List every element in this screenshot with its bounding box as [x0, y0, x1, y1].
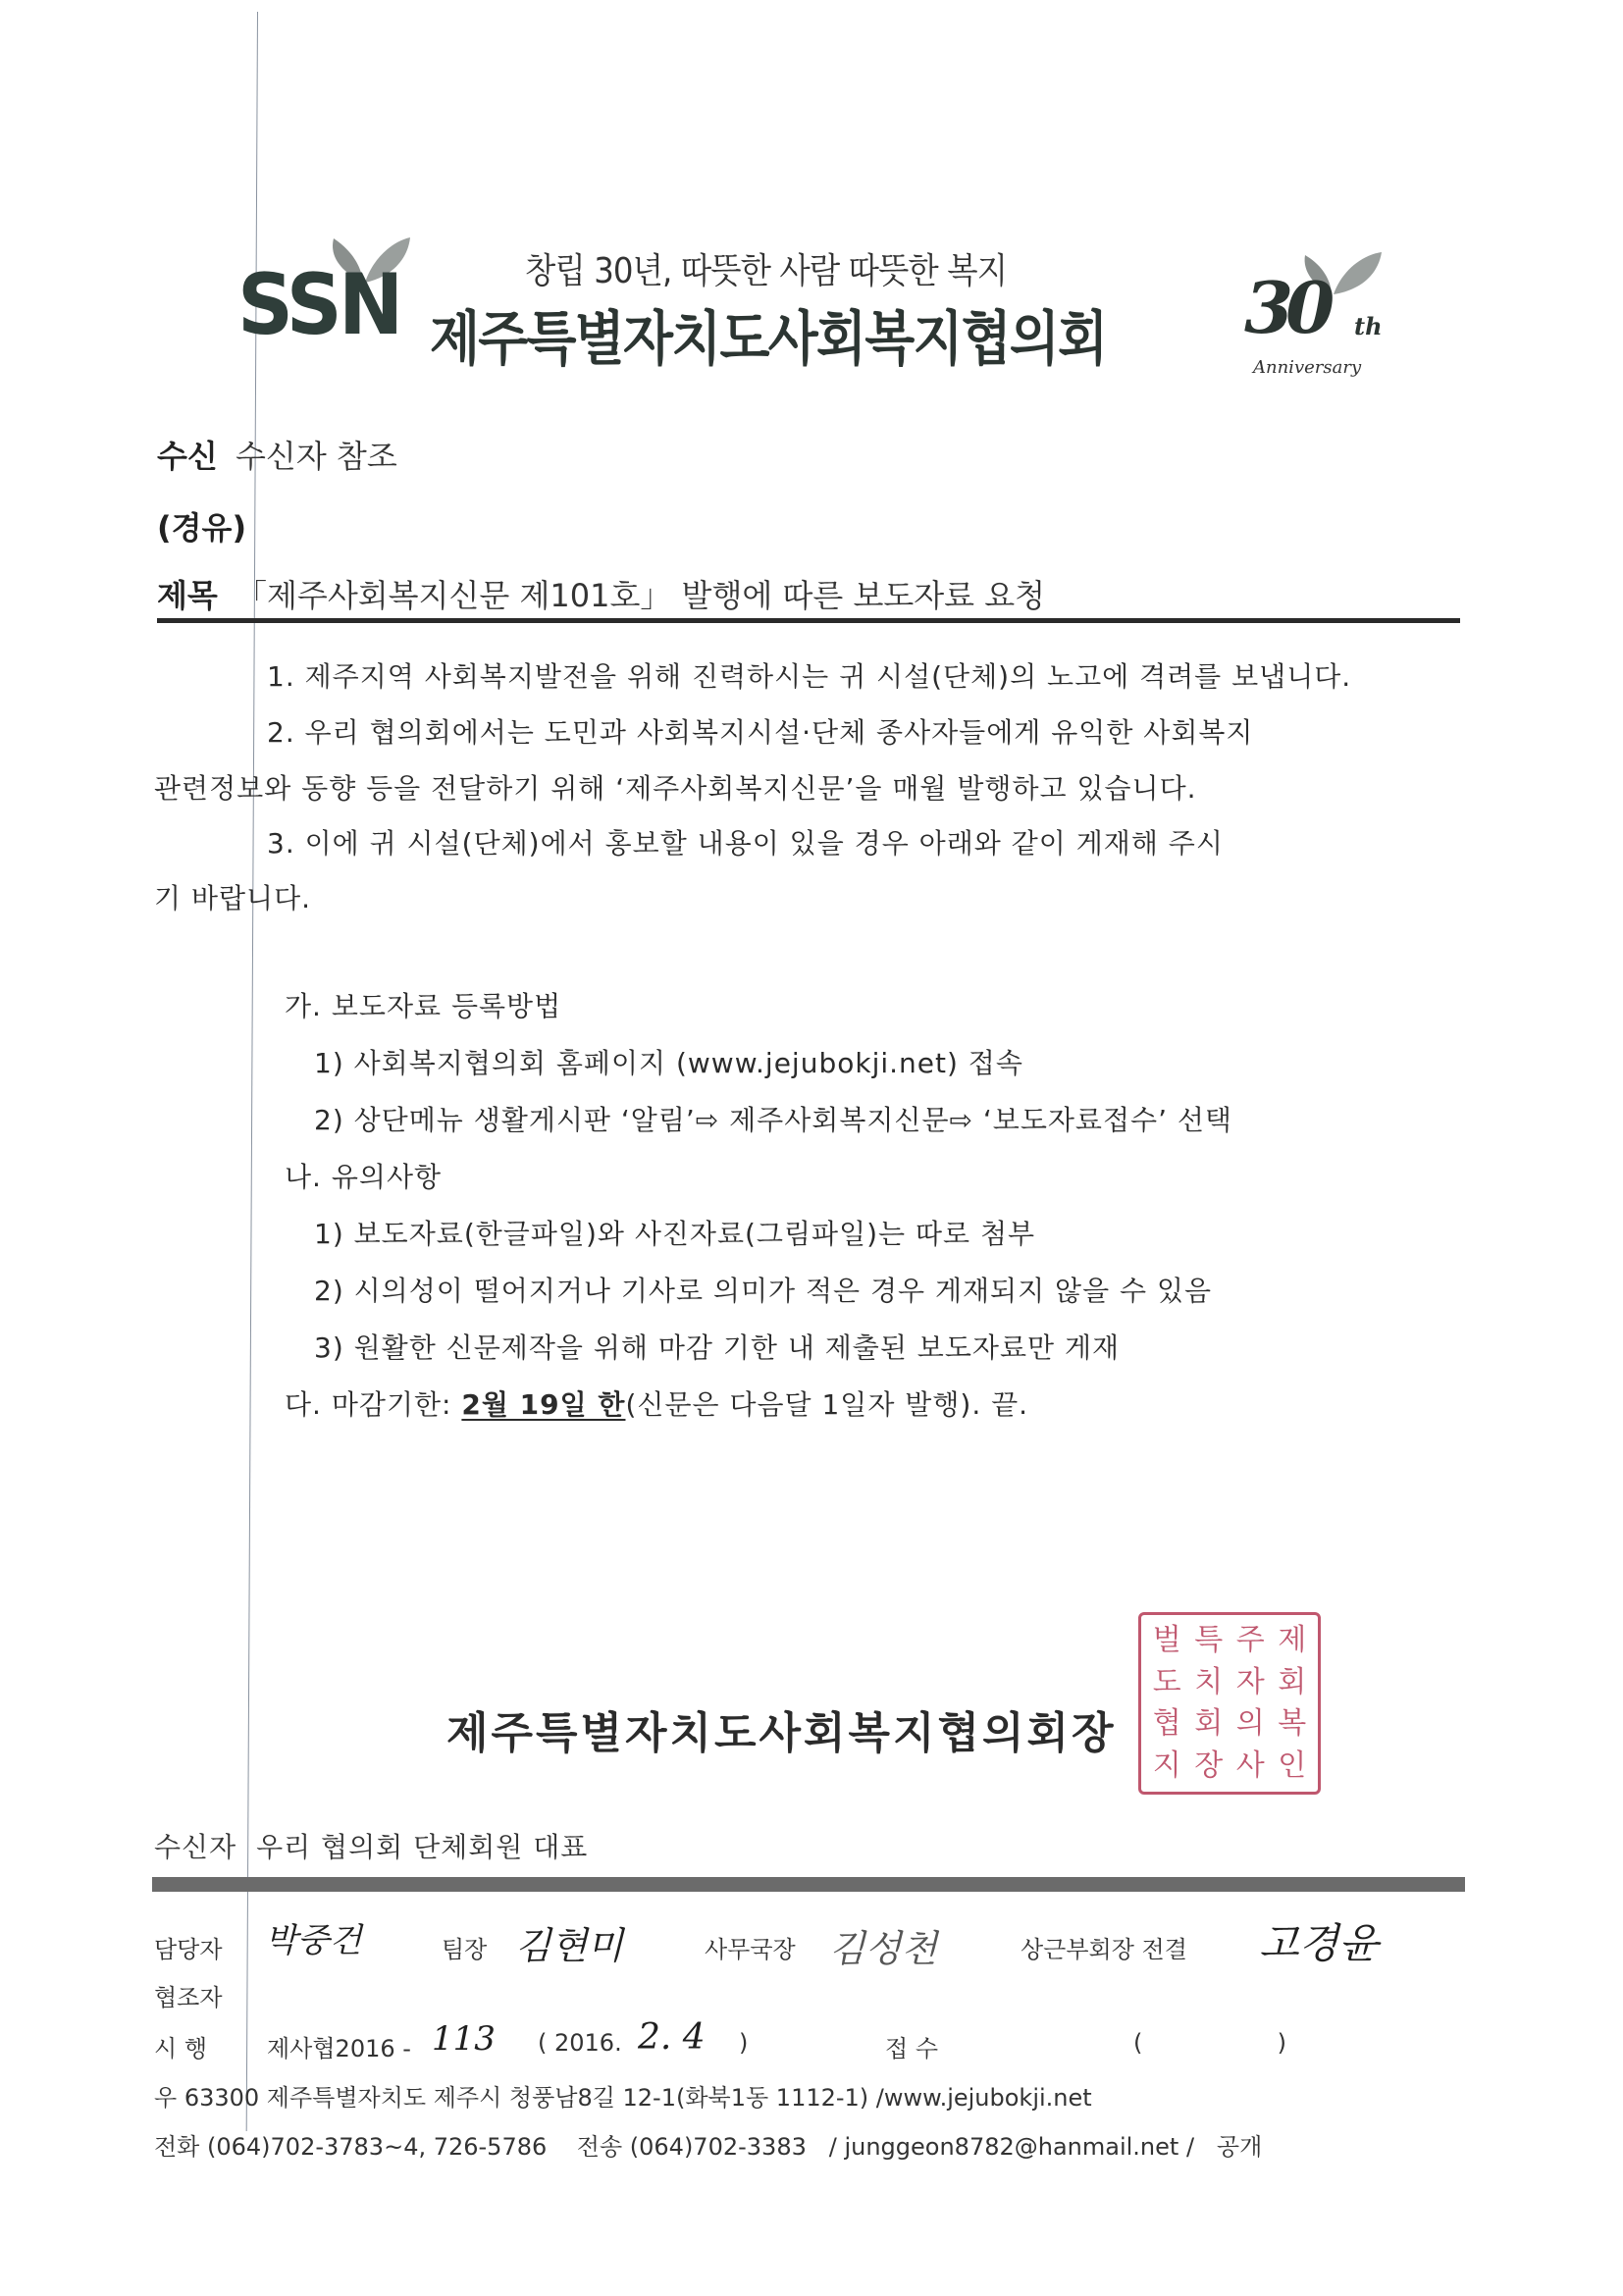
- logo-ssn: SSN: [237, 263, 400, 347]
- section-b-item-3: 3) 원활한 신문제작을 위해 마감 기한 내 제출된 보도자료만 게재: [314, 1327, 1120, 1366]
- recipients-label: 수신자: [154, 1831, 236, 1863]
- cooperator-label: 협조자: [154, 1978, 223, 2012]
- subject-value: 「제주사회복지신문 제101호」 발행에 따른 보도자료 요청: [236, 577, 1045, 614]
- anniversary-number: 30: [1244, 273, 1327, 343]
- issuer-title: 제주특별자치도사회복지협의회장: [446, 1697, 1117, 1760]
- doc-number-handwritten: 113: [432, 2019, 496, 2059]
- seal-char: 협: [1147, 1704, 1187, 1745]
- receipt-label: 접 수: [885, 2029, 938, 2063]
- seal-char: 특: [1189, 1621, 1230, 1661]
- header-rule: [157, 618, 1460, 623]
- subject-row: 제목 「제주사회복지신문 제101호」 발행에 따른 보도자료 요청: [157, 571, 1045, 616]
- deadline-prefix: 다. 마감기한:: [285, 1388, 461, 1421]
- recipients-line: 수신자 우리 협의회 단체회원 대표: [154, 1826, 588, 1865]
- approval-signature-2: 김현미: [515, 1915, 623, 1969]
- seal-char: 자: [1230, 1663, 1271, 1703]
- section-b-title: 나. 유의사항: [285, 1156, 442, 1195]
- via-label: (경유): [157, 509, 246, 547]
- section-a-title: 가. 보도자료 등록방법: [285, 985, 561, 1024]
- deadline-suffix: (신문은 다음달 1일자 발행). 끝.: [625, 1388, 1028, 1421]
- seal-char: 장: [1189, 1747, 1230, 1787]
- seal-char: 의: [1230, 1704, 1271, 1745]
- doc-date-suffix: ): [739, 2029, 748, 2057]
- paragraph-2-line-1: 2. 우리 협의회에서는 도민과 사회복지시설·단체 종사자들에게 유익한 사회…: [267, 711, 1464, 751]
- receipt-value: ( ): [1133, 2029, 1286, 2057]
- approval-role-3: 사무국장: [705, 1930, 796, 1964]
- section-b-item-2: 2) 시의성이 떨어지거나 기사로 의미가 적은 경우 게재되지 않을 수 있음: [314, 1270, 1212, 1309]
- doc-date-prefix: ( 2016.: [538, 2029, 622, 2057]
- approval-role-1: 담당자: [154, 1930, 223, 1964]
- slogan: 창립 30년, 따뜻한 사람 따뜻한 복지: [525, 243, 1007, 293]
- anniversary-label: Anniversary: [1253, 357, 1361, 378]
- approval-role-4: 상근부회장 전결: [1021, 1930, 1187, 1964]
- seal-char: 지: [1147, 1747, 1187, 1787]
- deadline-date: 2월 19일 한: [461, 1388, 625, 1421]
- paragraph-3-line-2: 기 바랍니다.: [154, 877, 311, 916]
- section-a-item-1: 1) 사회복지협의회 홈페이지 (www.jejubokji.net) 접속: [314, 1042, 1023, 1081]
- seal-char: 도: [1147, 1663, 1187, 1703]
- paragraph-1: 1. 제주지역 사회복지발전을 위해 진력하시는 귀 시설(단체)의 노고에 격…: [267, 655, 1464, 695]
- seal-char: 제: [1273, 1621, 1313, 1661]
- seal-char: 인: [1273, 1747, 1313, 1787]
- section-c-deadline: 다. 마감기한: 2월 19일 한(신문은 다음달 1일자 발행). 끝.: [285, 1383, 1028, 1423]
- organization-title: 제주특별자치도사회복지협의회: [430, 292, 1106, 377]
- contact-line: 전화 (064)702-3783~4, 726-5786 전송 (064)702…: [154, 2127, 1262, 2162]
- address-line: 우 63300 제주특별자치도 제주시 청풍남8길 12-1(화북1동 1112…: [154, 2078, 1092, 2113]
- approval-signature-3: 김성천: [829, 1918, 937, 1972]
- subject-label: 제목: [157, 577, 218, 614]
- approval-signature-4: 고경윤: [1259, 1911, 1379, 1970]
- recipient-value: 수신자 참조: [236, 438, 397, 475]
- seal-char: 회: [1273, 1663, 1313, 1703]
- seal-char: 복: [1273, 1704, 1313, 1745]
- section-a-item-2: 2) 상단메뉴 생활게시판 ‘알림’⇨ 제주사회복지신문⇨ ‘보도자료접수’ 선…: [314, 1099, 1232, 1138]
- footer-separator-bar: [152, 1877, 1465, 1892]
- section-b-item-1: 1) 보도자료(한글파일)와 사진자료(그림파일)는 따로 첨부: [314, 1213, 1035, 1252]
- recipient-label: 수신: [157, 438, 218, 475]
- seal-char: 회: [1189, 1704, 1230, 1745]
- via-row: (경유): [157, 503, 246, 548]
- recipient-row: 수신 수신자 참조: [157, 432, 397, 477]
- seal-char: 치: [1189, 1663, 1230, 1703]
- doc-number-prefix: 제사협2016 -: [267, 2029, 411, 2063]
- recipients-value: 우리 협의회 단체회원 대표: [256, 1831, 588, 1863]
- doc-date-handwritten: 2. 4: [638, 2017, 706, 2058]
- seal-char: 주: [1230, 1621, 1271, 1661]
- approval-signature-1: 박중건: [265, 1913, 362, 1961]
- official-seal-icon: 벌 특 주 제 도 치 자 회 협 회 의 복 지 장 사 인: [1138, 1612, 1321, 1795]
- paragraph-2-line-2: 관련정보와 동향 등을 전달하기 위해 ‘제주사회복지신문’을 매월 발행하고 …: [154, 767, 1464, 807]
- paragraph-3-line-1: 3. 이에 귀 시설(단체)에서 홍보할 내용이 있을 경우 아래와 같이 게재…: [267, 822, 1464, 861]
- seal-char: 사: [1230, 1747, 1271, 1787]
- seal-char: 벌: [1147, 1621, 1187, 1661]
- enforcement-label: 시 행: [154, 2029, 207, 2063]
- anniversary-suffix: th: [1354, 312, 1383, 340]
- approval-role-2: 팀장: [442, 1930, 487, 1964]
